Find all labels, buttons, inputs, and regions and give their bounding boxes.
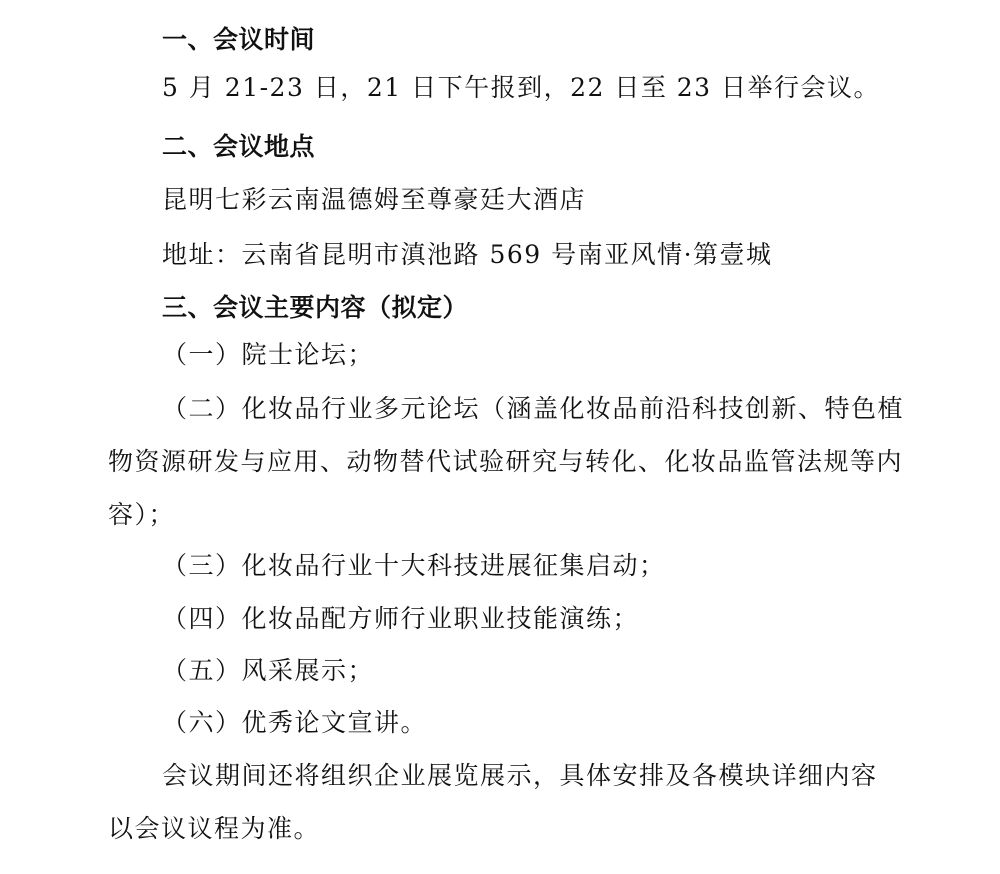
clipped-next-line bbox=[230, 862, 490, 874]
content-item-2: （二）化妆品行业多元论坛（涵盖化妆品前沿科技创新、特色植 bbox=[162, 394, 904, 424]
content-item-3: （三）化妆品行业十大科技进展征集启动； bbox=[162, 551, 666, 581]
content-item-6: （六）优秀论文宣讲。 bbox=[162, 708, 427, 738]
content-item-4: （四）化妆品配方师行业职业技能演练； bbox=[162, 604, 639, 634]
content-note-cont: 以会议议程为准。 bbox=[108, 814, 320, 844]
section-heading-location: 二、会议地点 bbox=[162, 132, 315, 162]
meeting-time-text: 5 月 21-23 日，21 日下午报到，22 日至 23 日举行会议。 bbox=[162, 73, 880, 103]
content-item-1: （一）院士论坛； bbox=[162, 340, 374, 370]
venue-address: 地址：云南省昆明市滇池路 569 号南亚风情·第壹城 bbox=[162, 240, 773, 270]
venue-name: 昆明七彩云南温德姆至尊豪廷大酒店 bbox=[162, 185, 586, 215]
content-item-5: （五）风采展示； bbox=[162, 656, 374, 686]
content-item-2-end: 容）； bbox=[108, 500, 175, 530]
content-note: 会议期间还将组织企业展览展示，具体安排及各模块详细内容 bbox=[162, 761, 878, 791]
content-item-2-cont: 物资源研发与应用、动物替代试验研究与转化、化妆品监管法规等内 bbox=[108, 447, 903, 477]
section-heading-content: 三、会议主要内容（拟定） bbox=[162, 293, 468, 323]
section-heading-time: 一、会议时间 bbox=[162, 25, 315, 55]
